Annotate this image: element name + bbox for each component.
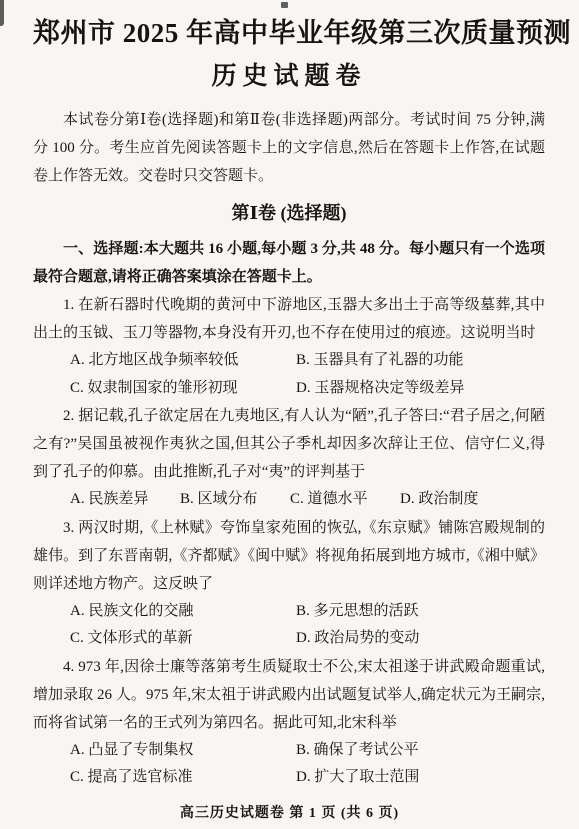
scan-artifact-left-edge [0,0,4,26]
question-1-option-a: A. 北方地区战争频率较低 [70,347,296,375]
question-3-options: A. 民族文化的交融 B. 多元思想的活跃 C. 文体形式的革新 D. 政治局势… [70,598,545,653]
question-2-option-c: C. 道德水平 [290,486,400,514]
question-3-option-c: C. 文体形式的革新 [70,625,296,653]
question-3: 3. 两汉时期,《上林赋》夸饰皇家苑囿的恢弘,《东京赋》铺陈宫殿规制的雄伟。到了… [33,514,545,653]
question-3-option-b: B. 多元思想的活跃 [296,598,545,626]
page-footer: 高三历史试题卷 第 1 页 (共 6 页) [0,802,579,822]
section-1-header: 第Ⅰ卷 (选择题) [33,200,545,227]
question-4-stem: 4. 973 年,因徐士廉等落第考生质疑取士不公,宋太祖遂于讲武殿命题重试,增加… [33,653,545,737]
question-2: 2. 据记载,孔子欲定居在九夷地区,有人认为“陋”,孔子答曰:“君子居之,何陋之… [33,402,545,514]
question-2-options: A. 民族差异 B. 区域分布 C. 道德水平 D. 政治制度 [70,486,545,514]
exam-paper-page: 郑州市 2025 年高中毕业年级第三次质量预测 历史试题卷 本试卷分第Ⅰ卷(选择… [0,0,579,829]
exam-instructions: 本试卷分第Ⅰ卷(选择题)和第Ⅱ卷(非选择题)两部分。考试时间 75 分钟,满分 … [33,106,545,190]
question-1-options: A. 北方地区战争频率较低 B. 玉器具有了礼器的功能 C. 奴隶制国家的雏形初… [70,347,545,402]
question-3-option-d: D. 政治局势的变动 [296,625,545,653]
question-4-option-b: B. 确保了考试公平 [296,737,545,765]
question-1-stem: 1. 在新石器时代晚期的黄河中下游地区,玉器大多出土于高等级墓葬,其中出土的玉钺… [33,291,545,347]
paper-title: 郑州市 2025 年高中毕业年级第三次质量预测 [33,0,545,54]
question-2-option-a: A. 民族差异 [70,486,180,514]
question-2-option-d: D. 政治制度 [400,486,478,514]
question-1-option-c: C. 奴隶制国家的雏形初现 [70,375,296,403]
question-3-stem: 3. 两汉时期,《上林赋》夸饰皇家苑囿的恢弘,《东京赋》铺陈宫殿规制的雄伟。到了… [33,514,545,598]
question-4-option-d: D. 扩大了取士范围 [296,764,545,792]
question-4-option-a: A. 凸显了专制集权 [70,737,296,765]
question-1-option-b: B. 玉器具有了礼器的功能 [296,347,545,375]
page-content: 郑州市 2025 年高中毕业年级第三次质量预测 历史试题卷 本试卷分第Ⅰ卷(选择… [0,0,579,792]
question-2-option-b: B. 区域分布 [180,486,290,514]
question-2-stem: 2. 据记载,孔子欲定居在九夷地区,有人认为“陋”,孔子答曰:“君子居之,何陋之… [33,402,545,486]
section-1-instructions: 一、选择题:本大题共 16 小题,每小题 3 分,共 48 分。每小题只有一个选… [33,235,545,291]
question-4: 4. 973 年,因徐士廉等落第考生质疑取士不公,宋太祖遂于讲武殿命题重试,增加… [33,653,545,792]
scan-artifact-top-mark [281,2,288,8]
question-1-option-d: D. 玉器规格决定等级差异 [296,375,545,403]
paper-subtitle: 历史试题卷 [33,59,545,94]
question-1: 1. 在新石器时代晚期的黄河中下游地区,玉器大多出土于高等级墓葬,其中出土的玉钺… [33,291,545,402]
question-3-option-a: A. 民族文化的交融 [70,598,296,626]
question-4-option-c: C. 提高了选官标准 [70,764,296,792]
question-4-options: A. 凸显了专制集权 B. 确保了考试公平 C. 提高了选官标准 D. 扩大了取… [70,737,545,792]
